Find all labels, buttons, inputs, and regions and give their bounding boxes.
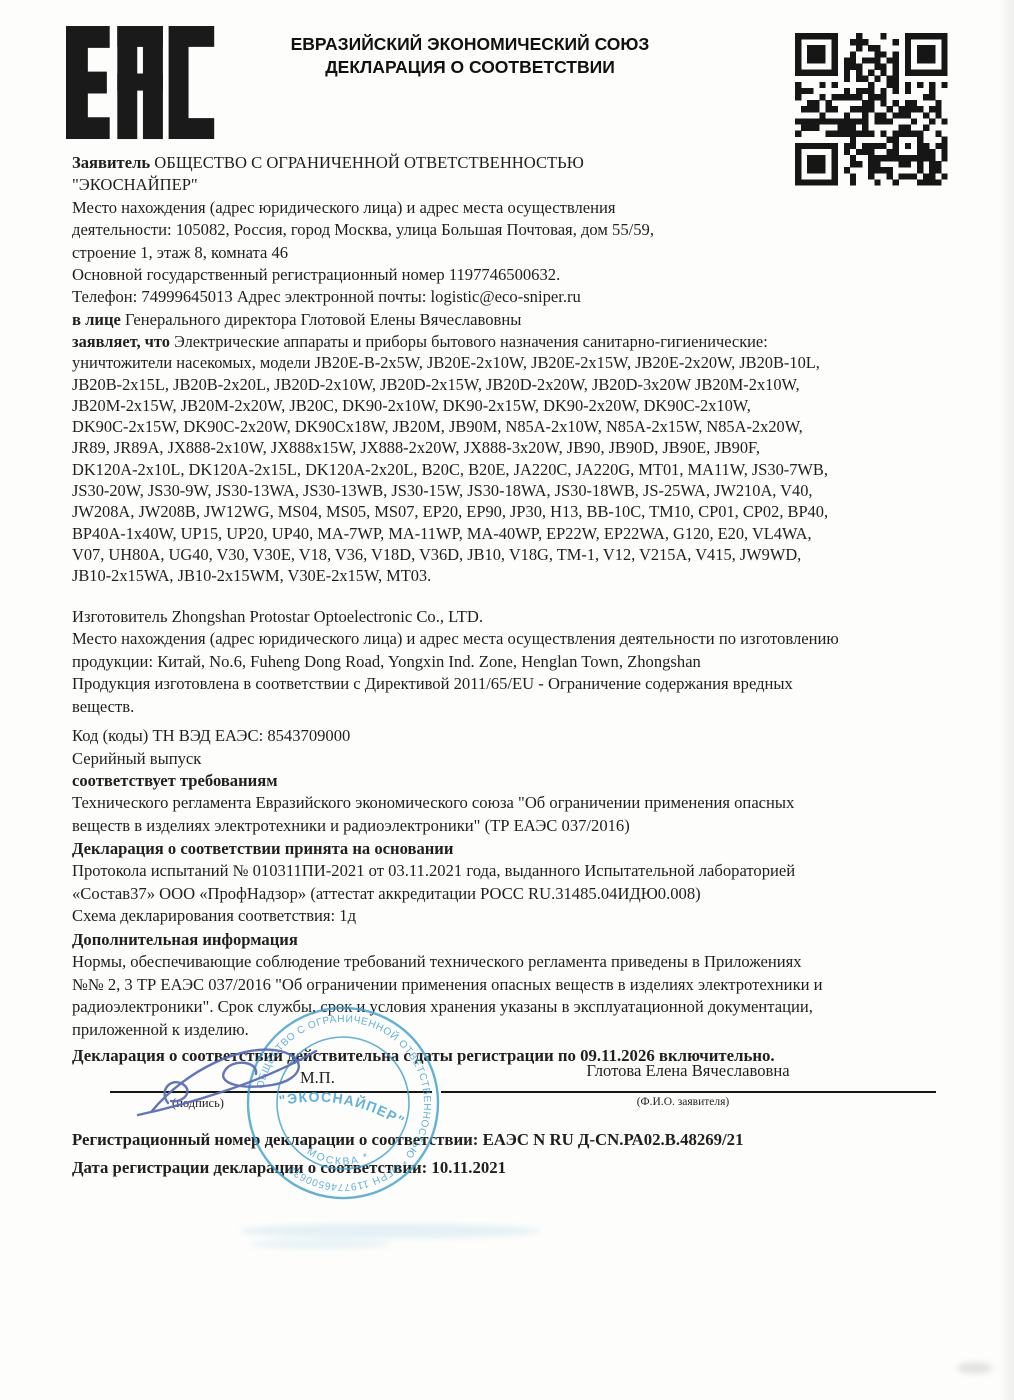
additional-line: №№ 2, 3 ТР ЕАЭС 037/2016 "Об ограничении… xyxy=(72,974,952,996)
additional-heading: Дополнительная информация xyxy=(72,929,952,951)
models-line: JB20M-2x15W, JB20M-2x20W, JB20C, DK90-2x… xyxy=(72,395,952,416)
models-line: JB10-2x15WA, JB10-2x15WM, V30E-2x15W, MT… xyxy=(72,565,952,586)
manufacturer-line: Продукция изготовлена в соответствии с Д… xyxy=(72,673,952,695)
tnved-code-line: Код (коды) ТН ВЭД ЕАЭС: 8543709000 xyxy=(72,724,952,747)
registration-number-line: Регистрационный номер декларации о соотв… xyxy=(72,1130,743,1150)
in-person-name: Генерального директора Глотовой Елены Вя… xyxy=(121,310,522,329)
signature-line xyxy=(110,1091,432,1093)
conformity-line: Технического регламента Евразийского эко… xyxy=(72,792,952,814)
applicant-line: деятельности: 105082, Россия, город Моск… xyxy=(72,219,952,241)
models-line: JB20B-2x15L, JB20B-2x20L, JB20D-2x10W, J… xyxy=(72,374,952,395)
applicant-line: Основной государственный регистрационный… xyxy=(72,264,952,286)
additional-line: приложенной к изделию. xyxy=(72,1019,952,1041)
models-line: BP40A-1x40W, UP15, UP20, UP40, MA-7WP, M… xyxy=(72,523,952,544)
manufacturer-line: Место нахождения (адрес юридического лиц… xyxy=(72,628,952,650)
applicant-label: Заявитель xyxy=(72,153,150,172)
applicant-line: Место нахождения (адрес юридического лиц… xyxy=(72,197,952,219)
models-line: DK90C-2x15W, DK90C-2x20W, DK90Cx18W, JB2… xyxy=(72,416,952,437)
basis-line: Протокола испытаний № 010311ПИ-2021 от 0… xyxy=(72,860,952,882)
models-line: JS30-20W, JS30-9W, JS30-13WA, JS30-13WB,… xyxy=(72,480,952,501)
declares-label: заявляет, что xyxy=(72,332,170,351)
applicant-line: Телефон: 74999645013 Адрес электронной п… xyxy=(72,286,952,308)
basis-section: Декларация о соответствии принята на осн… xyxy=(72,838,952,928)
name-line xyxy=(441,1091,936,1093)
declaration-document: ЕВРАЗИЙСКИЙ ЭКОНОМИЧЕСКИЙ СОЮЗ ДЕКЛАРАЦИ… xyxy=(0,0,1014,1400)
basis-heading: Декларация о соответствии принята на осн… xyxy=(72,838,952,860)
conformity-heading: соответствует требованиям xyxy=(72,770,952,792)
basis-line: «Состав37» ООО «ПрофНадзор» (аттестат ак… xyxy=(72,883,952,905)
models-line: JW208A, JW208B, JW12WG, MS04, MS05, MS07… xyxy=(72,501,952,522)
additional-line: радиоэлектроники". Срок службы, срок и у… xyxy=(72,996,952,1018)
codes-section: Код (коды) ТН ВЭД ЕАЭС: 8543709000 Серий… xyxy=(72,724,952,770)
manufacturer-section: Изготовитель Zhongshan Protostar Optoele… xyxy=(72,606,952,718)
product-description: Электрические аппараты и приборы бытовог… xyxy=(170,332,768,351)
declares-section: заявляет, что Электрические аппараты и п… xyxy=(72,331,952,587)
ink-smudge xyxy=(240,1224,993,1374)
eac-logo xyxy=(66,26,214,139)
document-title: ЕВРАЗИЙСКИЙ ЭКОНОМИЧЕСКИЙ СОЮЗ ДЕКЛАРАЦИ… xyxy=(230,33,710,79)
applicant-name: ОБЩЕСТВО С ОГРАНИЧЕННОЙ ОТВЕТСТВЕННОСТЬЮ xyxy=(150,153,584,172)
title-line-2: ДЕКЛАРАЦИЯ О СООТВЕТСТВИИ xyxy=(230,56,710,79)
serial-line: Серийный выпуск xyxy=(72,747,952,770)
applicant-section: Заявитель ОБЩЕСТВО С ОГРАНИЧЕННОЙ ОТВЕТС… xyxy=(72,152,952,331)
fio-caption: (Ф.И.О. заявителя) xyxy=(583,1096,783,1108)
stamp-place-label: М.П. xyxy=(300,1068,335,1088)
conformity-line: веществ в изделиях электротехники и ради… xyxy=(72,815,952,837)
manufacturer-line: Изготовитель Zhongshan Protostar Optoele… xyxy=(72,606,952,628)
models-line: JR89, JR89A, JX888-2x10W, JX888x15W, JX8… xyxy=(72,437,952,458)
applicant-lead-line: Заявитель ОБЩЕСТВО С ОГРАНИЧЕННОЙ ОТВЕТС… xyxy=(72,152,952,174)
registration-date-line: Дата регистрации декларации о соответств… xyxy=(72,1158,506,1178)
conformity-section: соответствует требованиям Технического р… xyxy=(72,770,952,837)
basis-line: Схема декларирования соответствия: 1д xyxy=(72,905,952,927)
models-line: DK120A-2x10L, DK120A-2x15L, DK120A-2x20L… xyxy=(72,459,952,480)
applicant-line: "ЭКОСНАЙПЕР" xyxy=(72,174,952,196)
models-line: V07, UH80A, UG40, V30, V30E, V18, V36, V… xyxy=(72,544,952,565)
stamp-center-text: "ЭКОСНАЙПЕР" xyxy=(275,1079,410,1130)
signature-caption: (подпись) xyxy=(128,1096,268,1111)
declares-lead-line: заявляет, что Электрические аппараты и п… xyxy=(72,331,952,352)
additional-line: Нормы, обеспечивающие соблюдение требова… xyxy=(72,951,952,973)
in-person-label: в лице xyxy=(72,310,121,329)
models-line: уничтожители насекомых, модели JB20E-B-2… xyxy=(72,352,952,373)
manufacturer-line: веществ. xyxy=(72,696,952,718)
additional-info-section: Дополнительная информация Нормы, обеспеч… xyxy=(72,929,952,1041)
declarant-name: Глотова Елена Вячеславовна xyxy=(440,1061,936,1081)
applicant-line: строение 1, этаж 8, комната 46 xyxy=(72,242,952,264)
manufacturer-line: продукции: Китай, No.6, Fuheng Dong Road… xyxy=(72,651,952,673)
title-line-1: ЕВРАЗИЙСКИЙ ЭКОНОМИЧЕСКИЙ СОЮЗ xyxy=(230,33,710,56)
applicant-in-person-line: в лице Генерального директора Глотовой Е… xyxy=(72,309,952,331)
